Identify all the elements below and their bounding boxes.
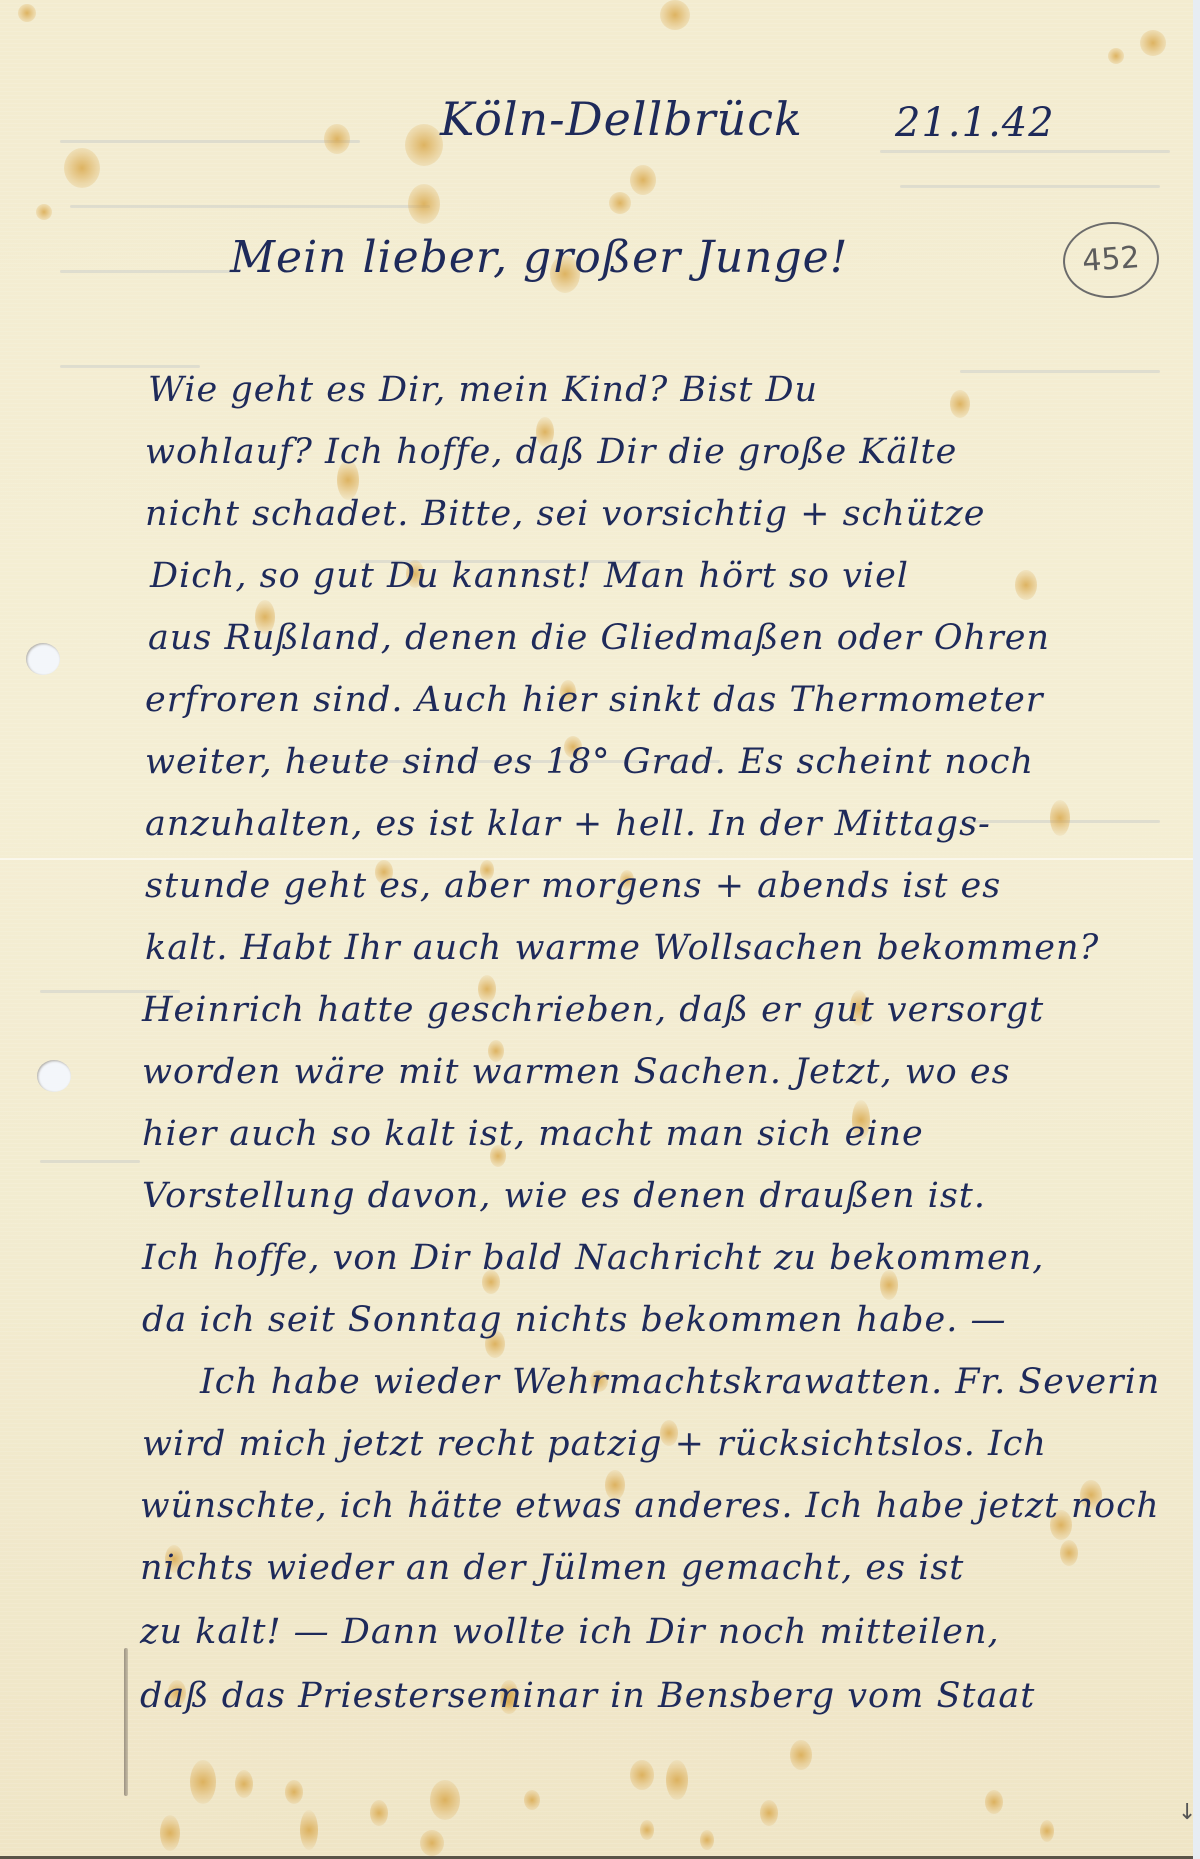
bleed-through-mark bbox=[900, 185, 1160, 188]
body-line: erfroren sind. Auch hier sinkt das Therm… bbox=[145, 680, 1044, 720]
foxing-stain bbox=[1108, 48, 1124, 64]
body-line: Heinrich hatte geschrieben, daß er gut v… bbox=[142, 990, 1044, 1030]
bleed-through-mark bbox=[60, 365, 200, 368]
foxing-stain bbox=[408, 184, 440, 224]
bleed-through-mark bbox=[60, 140, 360, 143]
foxing-stain bbox=[235, 1770, 253, 1798]
body-line: Ich habe wieder Wehrmachtskrawatten. Fr.… bbox=[200, 1362, 1160, 1402]
foxing-stain bbox=[190, 1760, 216, 1804]
body-line: anzuhalten, es ist klar + hell. In der M… bbox=[145, 804, 991, 844]
body-line: zu kalt! — Dann wollte ich Dir noch mitt… bbox=[140, 1612, 1000, 1652]
foxing-stain bbox=[430, 1780, 460, 1820]
foxing-stain bbox=[950, 390, 970, 418]
letter-date: 21.1.42 bbox=[895, 100, 1055, 146]
bleed-through-mark bbox=[60, 270, 240, 273]
pencil-margin-line bbox=[124, 1648, 128, 1796]
body-line: wünschte, ich hätte etwas anderes. Ich h… bbox=[140, 1486, 1160, 1526]
foxing-stain bbox=[1015, 570, 1037, 600]
archive-number-stamp: 452 bbox=[1060, 219, 1161, 302]
body-line: kalt. Habt Ihr auch warme Wollsachen bek… bbox=[145, 928, 1099, 968]
foxing-stain bbox=[324, 124, 350, 154]
foxing-stain bbox=[630, 1760, 654, 1790]
foxing-stain bbox=[18, 4, 36, 22]
body-line: worden wäre mit warmen Sachen. Jetzt, wo… bbox=[142, 1052, 1011, 1092]
foxing-stain bbox=[64, 148, 100, 188]
body-line: da ich seit Sonntag nichts bekommen habe… bbox=[142, 1300, 1006, 1340]
body-line: nichts wieder an der Jülmen gemacht, es … bbox=[140, 1548, 964, 1588]
foxing-stain bbox=[1060, 1540, 1078, 1566]
body-line: Ich hoffe, von Dir bald Nachricht zu bek… bbox=[142, 1238, 1044, 1278]
bleed-through-mark bbox=[40, 1160, 140, 1163]
foxing-stain bbox=[1140, 30, 1166, 56]
scan-edge bbox=[1193, 0, 1200, 1859]
body-line: wird mich jetzt recht patzig + rücksicht… bbox=[142, 1424, 1047, 1464]
punch-hole-bottom bbox=[37, 1060, 71, 1092]
foxing-stain bbox=[640, 1820, 654, 1840]
foxing-stain bbox=[985, 1790, 1003, 1814]
foxing-stain bbox=[420, 1830, 444, 1856]
foxing-stain bbox=[300, 1810, 318, 1850]
punch-hole-top bbox=[26, 643, 60, 675]
body-line: nicht schadet. Bitte, sei vorsichtig + s… bbox=[145, 494, 985, 534]
foxing-stain bbox=[660, 0, 690, 30]
foxing-stain bbox=[405, 124, 443, 166]
foxing-stain bbox=[36, 204, 52, 220]
fold-crease bbox=[0, 858, 1193, 860]
body-line: Dich, so gut Du kannst! Man hört so viel bbox=[150, 556, 909, 596]
foxing-stain bbox=[524, 1790, 540, 1810]
foxing-stain bbox=[666, 1760, 688, 1800]
foxing-stain bbox=[630, 165, 656, 195]
foxing-stain bbox=[790, 1740, 812, 1770]
body-line: stunde geht es, aber morgens + abends is… bbox=[145, 866, 1001, 906]
body-line: aus Rußland, denen die Gliedmaßen oder O… bbox=[148, 618, 1050, 658]
body-line: wohlauf? Ich hoffe, daß Dir die große Kä… bbox=[145, 432, 957, 472]
foxing-stain bbox=[1040, 1820, 1054, 1842]
foxing-stain bbox=[1050, 800, 1070, 836]
foxing-stain bbox=[760, 1800, 778, 1826]
bleed-through-mark bbox=[880, 150, 1170, 153]
body-line: weiter, heute sind es 18° Grad. Es schei… bbox=[145, 742, 1034, 782]
letter-place: Köln-Dellbrück bbox=[440, 92, 803, 146]
foxing-stain bbox=[700, 1830, 714, 1850]
letter-page: Köln-Dellbrück 21.1.42 452 Mein lieber, … bbox=[0, 0, 1193, 1859]
foxing-stain bbox=[160, 1815, 180, 1851]
body-line: daß das Priesterseminar in Bensberg vom … bbox=[140, 1676, 1035, 1716]
foxing-stain bbox=[285, 1780, 303, 1804]
body-line: Vorstellung davon, wie es denen draußen … bbox=[142, 1176, 986, 1216]
bleed-through-mark bbox=[70, 205, 430, 208]
body-line: hier auch so kalt ist, macht man sich ei… bbox=[142, 1114, 924, 1154]
body-line: Wie geht es Dir, mein Kind? Bist Du bbox=[148, 370, 818, 410]
bleed-through-mark bbox=[960, 370, 1160, 373]
foxing-stain bbox=[370, 1800, 388, 1826]
foxing-stain bbox=[609, 192, 631, 214]
letter-salutation: Mein lieber, großer Junge! bbox=[230, 232, 848, 283]
